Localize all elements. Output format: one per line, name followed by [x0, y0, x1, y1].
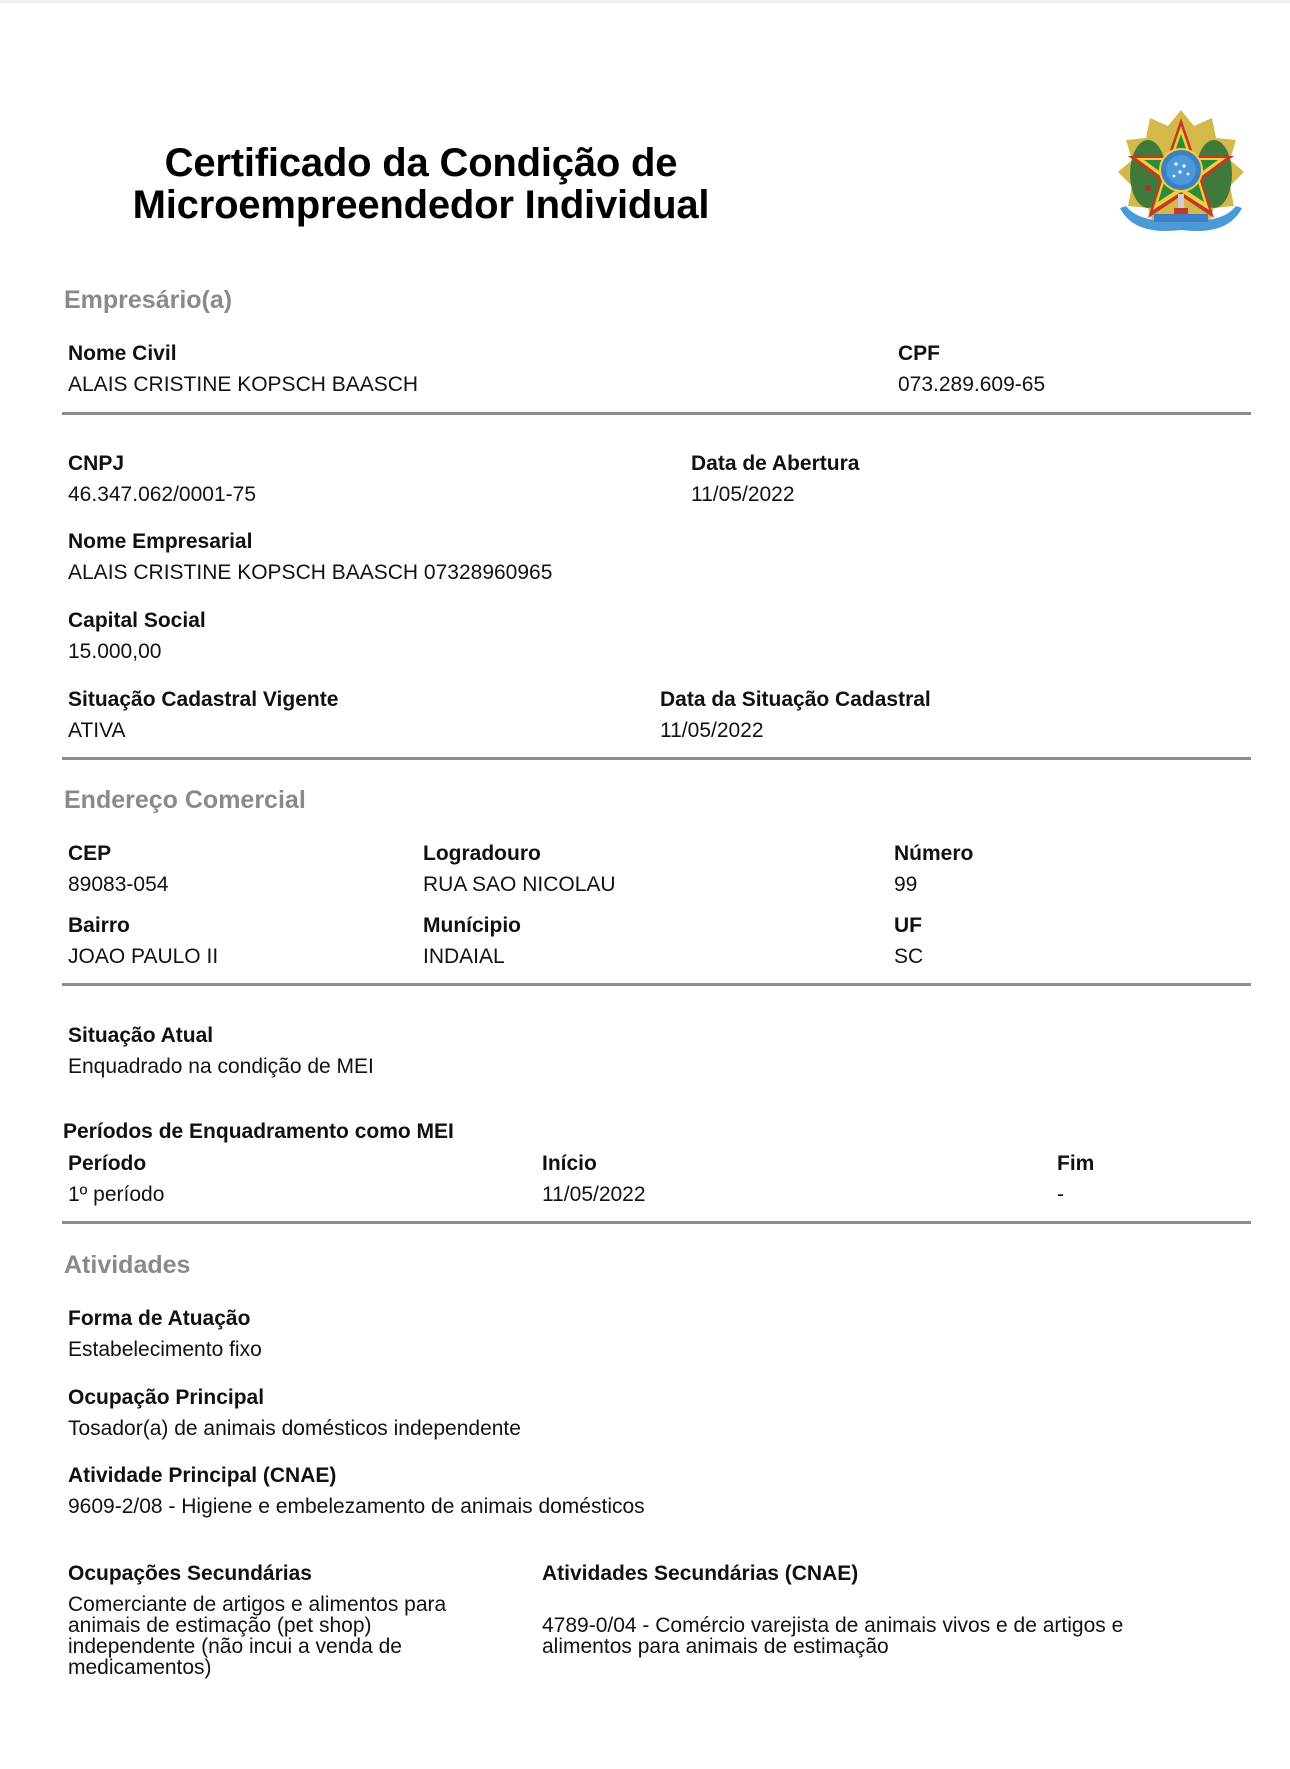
uf-value: SC: [894, 945, 923, 969]
numero-value: 99: [894, 873, 917, 897]
periodo-cell: 1º período: [68, 1183, 164, 1207]
forma-atuacao-value: Estabelecimento fixo: [68, 1338, 262, 1362]
situacao-cadastral-label: Situação Cadastral Vigente: [68, 688, 338, 712]
data-abertura-label: Data de Abertura: [691, 452, 859, 476]
title-line-2: Microempreendedor Individual: [96, 184, 746, 226]
logradouro-value: RUA SAO NICOLAU: [423, 873, 616, 897]
uf-label: UF: [894, 914, 922, 938]
divider: [62, 412, 1251, 415]
atividade-principal-value: 9609-2/08 - Higiene e embelezamento de a…: [68, 1495, 645, 1519]
cpf-label: CPF: [898, 342, 940, 366]
cpf-value: 073.289.609-65: [898, 373, 1045, 397]
numero-label: Número: [894, 842, 973, 866]
capital-social-label: Capital Social: [68, 609, 206, 633]
data-abertura-value: 11/05/2022: [691, 483, 795, 507]
title-line-1: Certificado da Condição de: [96, 142, 746, 184]
situacao-atual-value: Enquadrado na condição de MEI: [68, 1055, 374, 1079]
fim-cell: -: [1057, 1183, 1064, 1207]
cnpj-value: 46.347.062/0001-75: [68, 483, 256, 507]
periodos-col-inicio: Início: [542, 1152, 597, 1176]
bairro-value: JOAO PAULO II: [68, 945, 218, 969]
data-situacao-value: 11/05/2022: [660, 719, 764, 743]
cnpj-label: CNPJ: [68, 452, 124, 476]
section-title-endereco: Endereço Comercial: [64, 786, 306, 815]
cep-label: CEP: [68, 842, 111, 866]
ocupacoes-secundarias-label: Ocupações Secundárias: [68, 1562, 312, 1586]
divider: [62, 1221, 1251, 1224]
nome-empresarial-value: ALAIS CRISTINE KOPSCH BAASCH 07328960965: [68, 561, 552, 585]
situacao-atual-label: Situação Atual: [68, 1024, 213, 1048]
forma-atuacao-label: Forma de Atuação: [68, 1307, 250, 1331]
municipio-value: INDAIAL: [423, 945, 505, 969]
periodos-col-fim: Fim: [1057, 1152, 1094, 1176]
logradouro-label: Logradouro: [423, 842, 541, 866]
section-title-atividades: Atividades: [64, 1251, 190, 1280]
inicio-cell: 11/05/2022: [542, 1183, 646, 1207]
document-title: Certificado da Condição de Microempreend…: [96, 142, 746, 226]
nome-civil-value: ALAIS CRISTINE KOPSCH BAASCH: [68, 373, 418, 397]
ocupacoes-secundarias-value: Comerciante de artigos e alimentos para …: [68, 1594, 488, 1678]
brazil-coat-of-arms-icon: [1114, 108, 1248, 242]
nome-empresarial-label: Nome Empresarial: [68, 530, 252, 554]
nome-civil-label: Nome Civil: [68, 342, 177, 366]
atividades-secundarias-value: 4789-0/04 - Comércio varejista de animai…: [542, 1615, 1192, 1657]
cep-value: 89083-054: [68, 873, 168, 897]
top-edge: [0, 0, 1290, 3]
section-title-empresario: Empresário(a): [64, 286, 232, 315]
divider: [62, 757, 1251, 760]
ocupacao-principal-value: Tosador(a) de animais domésticos indepen…: [68, 1417, 521, 1441]
municipio-label: Munícipio: [423, 914, 521, 938]
divider: [62, 983, 1251, 986]
atividade-principal-label: Atividade Principal (CNAE): [68, 1464, 336, 1488]
periodos-title: Períodos de Enquadramento como MEI: [63, 1120, 454, 1144]
bairro-label: Bairro: [68, 914, 130, 938]
capital-social-value: 15.000,00: [68, 640, 161, 664]
periodos-col-periodo: Período: [68, 1152, 146, 1176]
data-situacao-label: Data da Situação Cadastral: [660, 688, 931, 712]
ocupacao-principal-label: Ocupação Principal: [68, 1386, 264, 1410]
atividades-secundarias-label: Atividades Secundárias (CNAE): [542, 1562, 858, 1586]
situacao-cadastral-value: ATIVA: [68, 719, 126, 743]
